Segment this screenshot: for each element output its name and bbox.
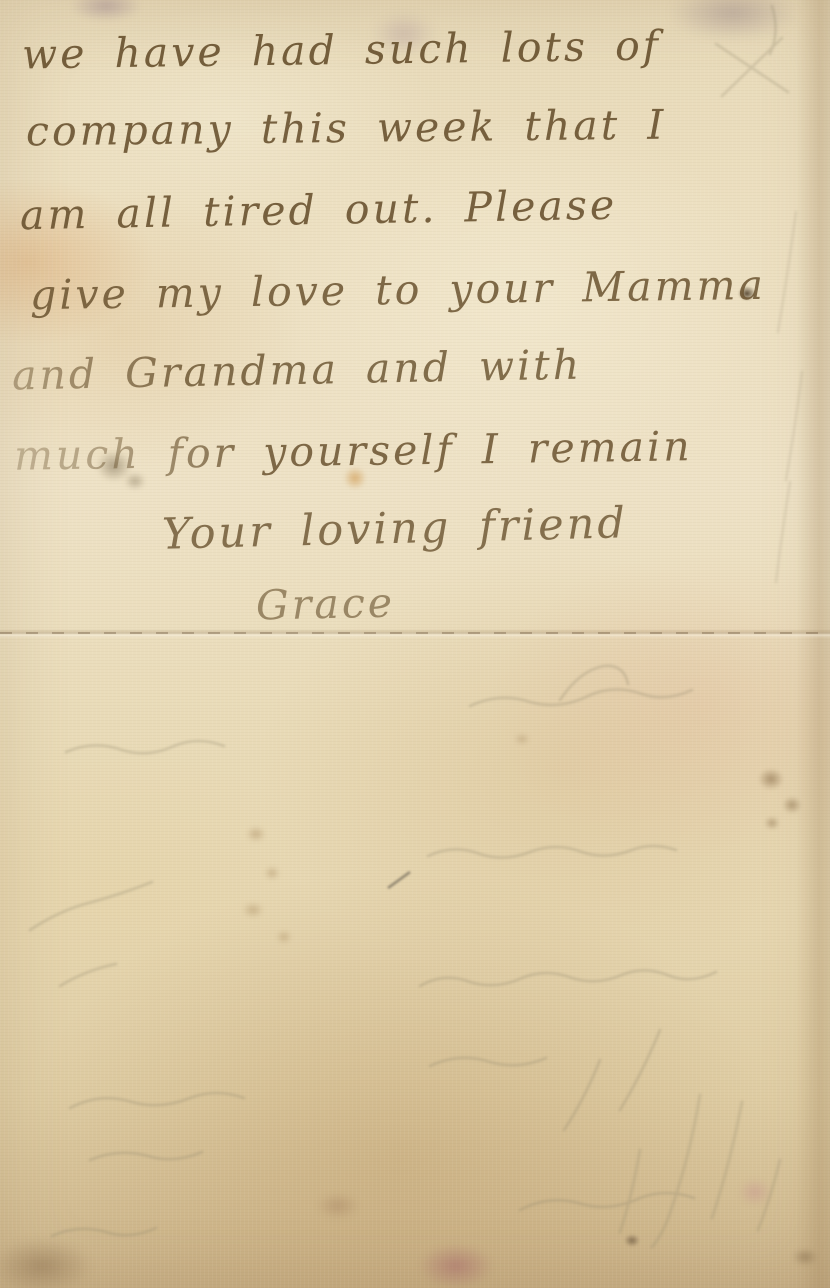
letter-line-1: we have had such lots of <box>22 22 661 79</box>
signature-grace: Grace <box>256 579 396 630</box>
letter-line-2: company this week that I <box>26 101 667 156</box>
scanned-letter-page: we have had such lots of company this we… <box>0 0 830 1288</box>
letter-line-6: much for yourself I remain <box>14 422 693 479</box>
letter-line-4: give my love to your Mamma <box>30 261 766 319</box>
